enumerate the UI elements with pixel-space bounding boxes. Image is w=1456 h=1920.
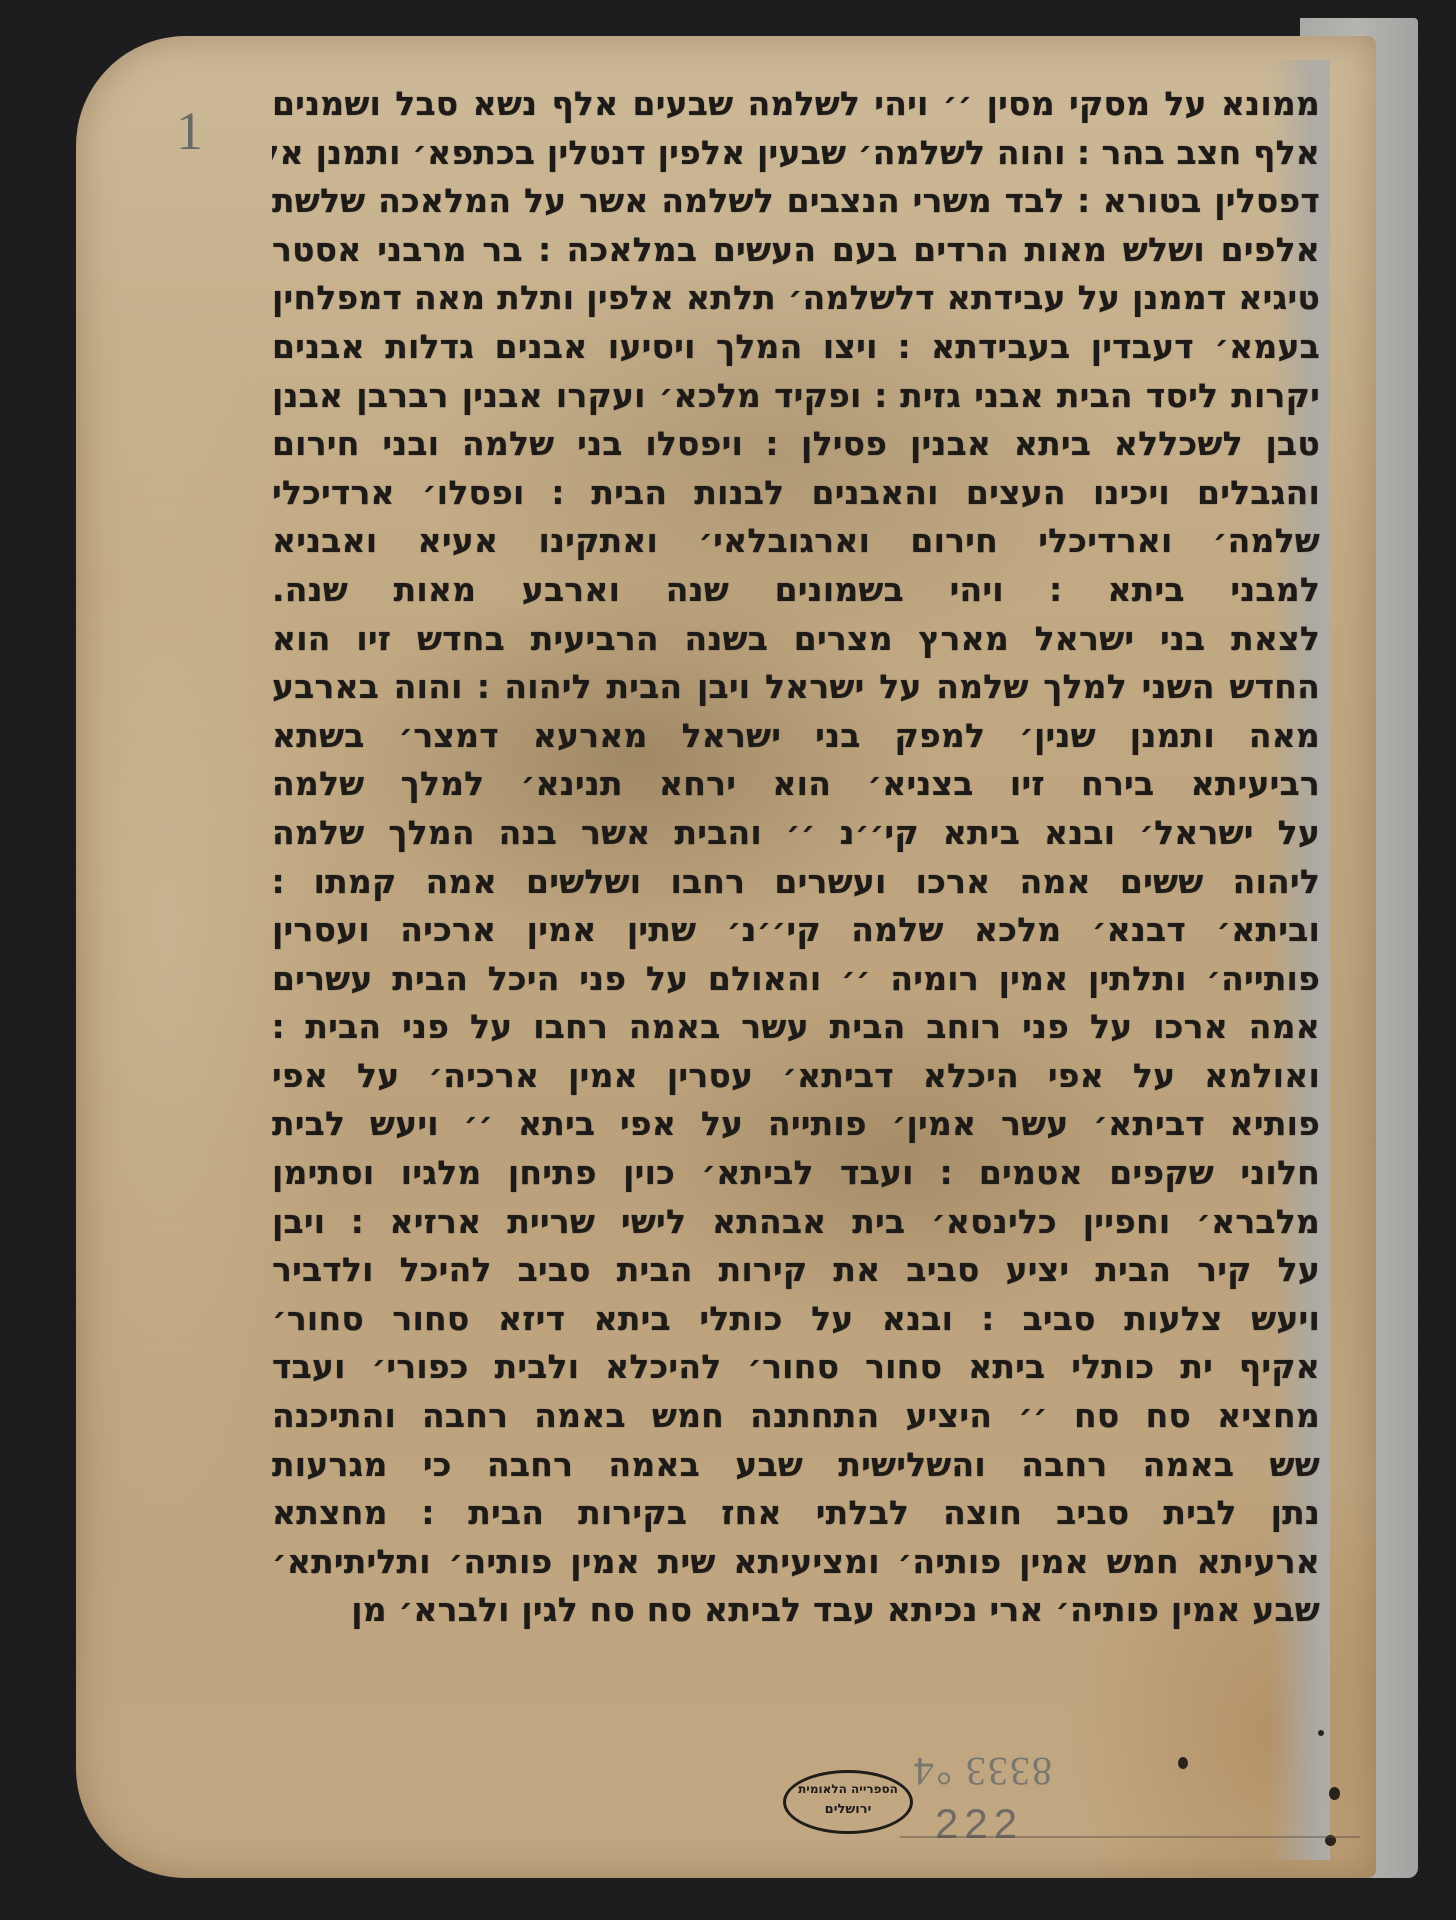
text-line: על ישראל׳ ובנא ביתא קי׳׳נ ׳׳ והבית אשר ב… bbox=[272, 809, 1320, 858]
text-line: ואולמא על אפי היכלא דביתא׳ עסרין אמין אר… bbox=[272, 1052, 1320, 1101]
text-line: שבע אמין פותיה׳ ארי נכיתא עבד לביתא סח ס… bbox=[272, 1586, 1320, 1635]
text-line: טיגיא דממנן על עבידתא דלשלמה׳ תלתא אלפין… bbox=[272, 274, 1320, 323]
text-line: בעמא׳ דעבדין בעבידתא ׃ ויצו המלך ויסיעו … bbox=[272, 323, 1320, 372]
folio-number: 1 bbox=[176, 100, 203, 162]
text-line: נתן לבית סביב חוצה לבלתי אחז בקירות הבית… bbox=[272, 1489, 1320, 1538]
pencil-number: 222 bbox=[935, 1800, 1023, 1848]
ink-spot bbox=[1178, 1757, 1188, 1769]
text-line: דפסלין בטורא ׃ לבד משרי הנצבים לשלמה אשר… bbox=[272, 177, 1320, 226]
text-line: והגבלים ויכינו העצים והאבנים לבנות הבית … bbox=[272, 469, 1320, 518]
pencil-shelfmark: 8333 °4 bbox=[912, 1748, 1052, 1795]
stamp-library-name: הספרייה הלאומית bbox=[786, 1782, 910, 1796]
text-line: שש באמה רחבה והשלישית שבע באמה רחבה כי מ… bbox=[272, 1441, 1320, 1490]
library-stamp: הספרייה הלאומית ירושלים bbox=[783, 1770, 913, 1834]
text-line: רביעיתא בירח זיו בצניא׳ הוא ירחא תנינא׳ … bbox=[272, 760, 1320, 809]
text-line: מחציא סח סח ׳׳ היציע התחתנה חמש באמה רחב… bbox=[272, 1392, 1320, 1441]
text-line: על קיר הבית יציע סביב את קירות הבית סביב… bbox=[272, 1246, 1320, 1295]
text-line: למבני ביתא ׃ ויהי בשמונים שנה וארבע מאות… bbox=[272, 566, 1320, 615]
stamp-city: ירושלים bbox=[786, 1802, 910, 1817]
ink-spot bbox=[1318, 1730, 1324, 1736]
text-line: חלוני שקפים אטמים ׃ ועבד לביתא׳ כוין פתי… bbox=[272, 1149, 1320, 1198]
text-line: ארעיתא חמש אמין פותיה׳ ומציעיתא שית אמין… bbox=[272, 1538, 1320, 1587]
text-line: אלף חצב בהר ׃ והוה לשלמה׳ שבעין אלפין דנ… bbox=[272, 129, 1320, 178]
manuscript-text-block: ממונא על מסקי מסין ׳׳ ויהי לשלמה שבעים א… bbox=[272, 80, 1320, 1635]
text-line: אמה ארכו על פני רוחב הבית עשר באמה רחבו … bbox=[272, 1003, 1320, 1052]
ink-spot bbox=[1329, 1787, 1340, 1800]
text-line: אלפים ושלש מאות הרדים בעם העשים במלאכה ׃… bbox=[272, 226, 1320, 275]
text-line: לצאת בני ישראל מארץ מצרים בשנה הרביעית ב… bbox=[272, 615, 1320, 664]
pencil-underline bbox=[900, 1836, 1360, 1838]
text-line: מלברא׳ וחפיין כלינסא׳ בית אבהתא לישי שרי… bbox=[272, 1198, 1320, 1247]
text-line: טבן לשכללא ביתא אבנין פסילן ׃ ויפסלו בני… bbox=[272, 420, 1320, 469]
text-line: שלמה׳ וארדיכלי חירום וארגובלאי׳ ואתקינו … bbox=[272, 517, 1320, 566]
text-line: אקיף ית כותלי ביתא סחור סחור׳ להיכלא ולב… bbox=[272, 1343, 1320, 1392]
text-line: ויעש צלעות סביב ׃ ובנא על כותלי ביתא דיז… bbox=[272, 1295, 1320, 1344]
text-line: פותיא דביתא׳ עשר אמין׳ פותייה על אפי בית… bbox=[272, 1100, 1320, 1149]
text-line: ליהוה ששים אמה ארכו ועשרים רחבו ושלשים א… bbox=[272, 858, 1320, 907]
text-line: מאה ותמנן שנין׳ למפק בני ישראל מארעא דמצ… bbox=[272, 712, 1320, 761]
text-line: יקרות ליסד הבית אבני גזית ׃ ופקיד מלכא׳ … bbox=[272, 372, 1320, 421]
text-line: וביתא׳ דבנא׳ מלכא שלמה קי׳׳נ׳ שתין אמין … bbox=[272, 906, 1320, 955]
text-line: פותייה׳ ותלתין אמין רומיה ׳׳ והאולם על פ… bbox=[272, 955, 1320, 1004]
text-line: החדש השני למלך שלמה על ישראל ויבן הבית ל… bbox=[272, 663, 1320, 712]
text-line: ממונא על מסקי מסין ׳׳ ויהי לשלמה שבעים א… bbox=[272, 80, 1320, 129]
